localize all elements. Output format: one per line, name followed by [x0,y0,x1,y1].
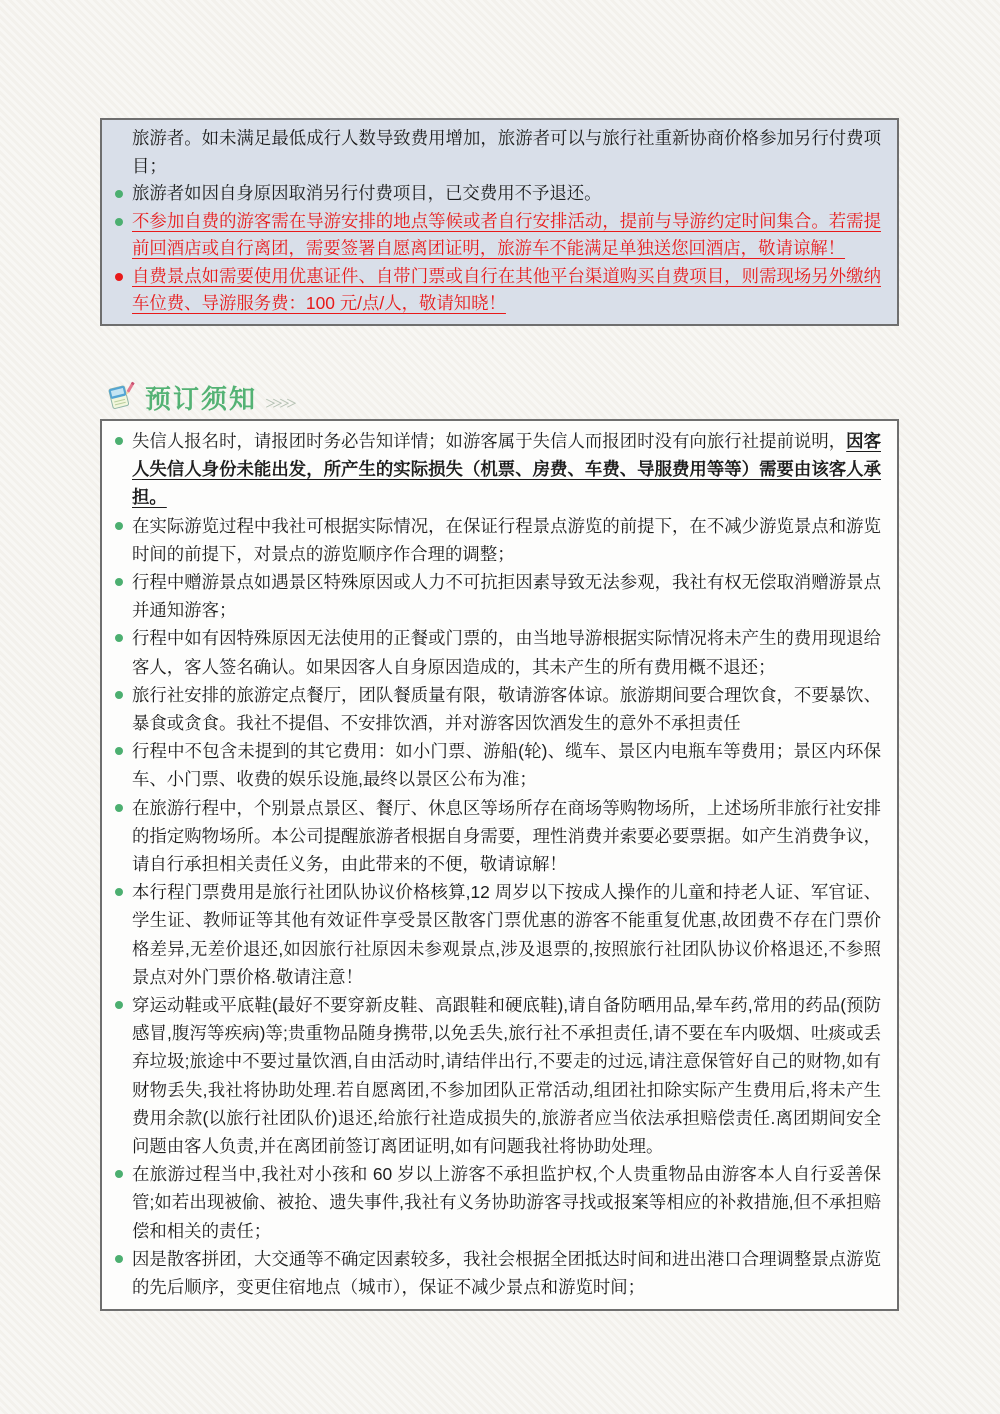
notice-text: 在旅游过程当中,我社对小孩和 60 岁以上游客不承担监护权,个人贵重物品由游客本… [132,1164,881,1240]
bullet-dot-icon [115,804,123,812]
booking-notice-box: 失信人报名时，请报团时务必告知详情；如游客属于失信人而报团时没有向旅行社提前说明… [100,419,899,1311]
bullet-dot-icon [115,691,123,699]
fee-notice-item: 不参加自费的游客需在导游安排的地点等候或者自行安排活动，提前与导游约定时间集合。… [102,208,881,263]
booking-notice-item: 行程中赠游景点如遇景区特殊原因或人力不可抗拒因素导致无法参观，我社有权无偿取消赠… [102,568,881,624]
fee-notice-list: 旅游者。如未满足最低成行人数导致费用增加，旅游者可以与旅行社重新协商价格参加另行… [102,125,881,318]
notice-text: 在旅游行程中，个别景点景区、餐厅、休息区等场所存在商场等购物场所，上述场所非旅行… [132,798,881,874]
booking-notice-item: 行程中不包含未提到的其它费用：如小门票、游船(轮)、缆车、景区内电瓶车等费用；景… [102,737,881,793]
bullet-dot-icon [115,437,123,445]
bullet-dot-icon [115,1001,123,1009]
notice-text: 不参加自费的游客需在导游安排的地点等候或者自行安排活动，提前与导游约定时间集合。… [132,211,881,259]
notice-text: 行程中如有因特殊原因无法使用的正餐或门票的，由当地导游根据实际情况将未产生的费用… [132,628,881,676]
bullet-dot-icon [115,634,123,642]
bullet-dot-icon [115,747,123,755]
booking-notice-item: 因是散客拼团，大交通等不确定因素较多，我社会根据全团抵达时间和进出港口合理调整景… [102,1245,881,1301]
bullet-dot-icon [115,218,123,226]
booking-notice-item: 在实际游览过程中我社可根据实际情况，在保证行程景点游览的前提下，在不减少游览景点… [102,512,881,568]
booking-notice-item: 在旅游行程中，个别景点景区、餐厅、休息区等场所存在商场等购物场所，上述场所非旅行… [102,794,881,879]
booking-notice-item: 在旅游过程当中,我社对小孩和 60 岁以上游客不承担监护权,个人贵重物品由游客本… [102,1160,881,1245]
booking-notice-item: 旅行社安排的旅游定点餐厅，团队餐质量有限，敬请游客体谅。旅游期间要合理饮食，不要… [102,681,881,737]
booking-notice-item: 失信人报名时，请报团时务必告知详情；如游客属于失信人而报团时没有向旅行社提前说明… [102,427,881,512]
bullet-dot-icon [115,522,123,530]
notepad-pencil-icon [106,380,138,414]
notice-text: 穿运动鞋或平底鞋(最好不要穿新皮鞋、高跟鞋和硬底鞋),请自备防晒用品,晕车药,常… [132,995,881,1156]
chevrons-icon: ＞＞＞＞ [265,395,293,411]
notice-text: 旅游者。如未满足最低成行人数导致费用增加，旅游者可以与旅行社重新协商价格参加另行… [132,128,881,176]
booking-notice-item: 穿运动鞋或平底鞋(最好不要穿新皮鞋、高跟鞋和硬底鞋),请自备防晒用品,晕车药,常… [102,991,881,1160]
notice-text: 本行程门票费用是旅行社团队协议价格核算,12 周岁以下按成人操作的儿童和持老人证… [132,882,881,987]
booking-notice-list: 失信人报名时，请报团时务必告知详情；如游客属于失信人而报团时没有向旅行社提前说明… [102,427,881,1301]
notice-text: 失信人报名时，请报团时务必告知详情；如游客属于失信人而报团时没有向旅行社提前说明… [132,431,846,451]
fee-notice-item: 旅游者。如未满足最低成行人数导致费用增加，旅游者可以与旅行社重新协商价格参加另行… [102,125,881,180]
fee-notice-item: 自费景点如需要使用优惠证件、自带门票或自行在其他平台渠道购买自费项目，则需现场另… [102,263,881,318]
bullet-dot-icon [115,190,123,198]
notice-text: 行程中不包含未提到的其它费用：如小门票、游船(轮)、缆车、景区内电瓶车等费用；景… [132,741,881,789]
bullet-dot-icon [115,888,123,896]
notice-text: 因是散客拼团，大交通等不确定因素较多，我社会根据全团抵达时间和进出港口合理调整景… [132,1249,881,1297]
booking-notice-header: 预订须知 ＞＞＞＞ [106,378,293,416]
booking-notice-item: 本行程门票费用是旅行社团队协议价格核算,12 周岁以下按成人操作的儿童和持老人证… [102,878,881,991]
notice-text: 行程中赠游景点如遇景区特殊原因或人力不可抗拒因素导致无法参观，我社有权无偿取消赠… [132,572,881,620]
page: 旅游者。如未满足最低成行人数导致费用增加，旅游者可以与旅行社重新协商价格参加另行… [0,0,1000,1414]
fee-notice-box: 旅游者。如未满足最低成行人数导致费用增加，旅游者可以与旅行社重新协商价格参加另行… [100,118,899,326]
bullet-dot-icon [115,1255,123,1263]
booking-notice-item: 行程中如有因特殊原因无法使用的正餐或门票的，由当地导游根据实际情况将未产生的费用… [102,624,881,680]
notice-text: 在实际游览过程中我社可根据实际情况，在保证行程景点游览的前提下，在不减少游览景点… [132,516,881,564]
bullet-dot-icon [115,1170,123,1178]
notice-text: 旅游者如因自身原因取消另行付费项目，已交费用不予退还。 [132,183,602,203]
section-title: 预订须知 [145,379,257,416]
bullet-dot-icon [115,273,123,281]
notice-text: 旅行社安排的旅游定点餐厅，团队餐质量有限，敬请游客体谅。旅游期间要合理饮食，不要… [132,685,881,733]
bullet-dot-icon [115,578,123,586]
notice-text: 自费景点如需要使用优惠证件、自带门票或自行在其他平台渠道购买自费项目，则需现场另… [132,266,881,314]
fee-notice-item: 旅游者如因自身原因取消另行付费项目，已交费用不予退还。 [102,180,881,208]
